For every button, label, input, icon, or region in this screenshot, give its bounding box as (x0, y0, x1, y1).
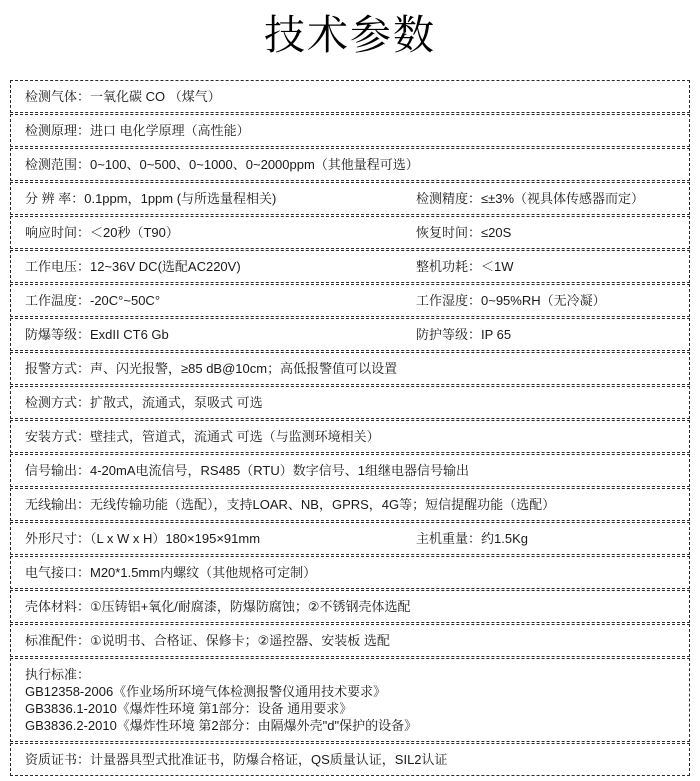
spec-text-left: 分 辨 率：0.1ppm，1ppm (与所选量程相关) (25, 190, 416, 207)
spec-text: 壳体材料：①压铸铝+氧化/耐腐漆，防爆防腐蚀；②不锈钢壳体选配 (25, 599, 411, 614)
spec-text: 安装方式：壁挂式，管道式，流通式 可选（与监测环境相关） (25, 429, 380, 444)
spec-text: 检测气体：一氧化碳 CO （煤气） (25, 89, 221, 104)
spec-row: 响应时间：＜20秒（T90）恢复时间：≤20S (10, 216, 690, 249)
spec-text: 报警方式：声、闪光报警，≥85 dB@10cm；高低报警值可以设置 (25, 361, 397, 376)
spec-text-line: GB3836.1-2010《爆炸性环境 第1部分：设备 通用要求》 (25, 700, 675, 717)
spec-text-right: 恢复时间：≤20S (416, 224, 675, 241)
spec-row: 报警方式：声、闪光报警，≥85 dB@10cm；高低报警值可以设置 (10, 352, 690, 385)
spec-row: 外形尺寸：（L x W x H）180×195×91mm主机重量：约1.5Kg (10, 522, 690, 555)
spec-row: 检测气体：一氧化碳 CO （煤气） (10, 80, 690, 113)
page-title: 技术参数 (0, 0, 700, 71)
spec-text-left: 工作电压：12~36V DC(选配AC220V) (25, 258, 416, 275)
spec-text: 电气接口：M20*1.5mm内螺纹（其他规格可定制） (25, 565, 316, 580)
spec-text-line: 执行标准： (25, 666, 675, 683)
spec-row: 安装方式：壁挂式，管道式，流通式 可选（与监测环境相关） (10, 420, 690, 453)
spec-text: 检测方式：扩散式，流通式，泵吸式 可选 (25, 395, 263, 410)
spec-text: 资质证书：计量器具型式批准证书，防爆合格证，QS质量认证，SIL2认证 (25, 752, 448, 767)
spec-row: 标准配件：①说明书、合格证、保修卡；②遥控器、安装板 选配 (10, 624, 690, 657)
spec-text-right: 检测精度：≤±3%（视具体传感器而定） (416, 190, 675, 207)
spec-row: 检测方式：扩散式，流通式，泵吸式 可选 (10, 386, 690, 419)
spec-text: 信号输出：4-20mA电流信号，RS485（RTU）数字信号、1组继电器信号输出 (25, 463, 469, 478)
spec-text: 无线输出：无线传输功能（选配），支持LOAR、NB，GPRS，4G等；短信提醒功… (25, 497, 555, 512)
spec-row: 电气接口：M20*1.5mm内螺纹（其他规格可定制） (10, 556, 690, 589)
spec-row: 信号输出：4-20mA电流信号，RS485（RTU）数字信号、1组继电器信号输出 (10, 454, 690, 487)
spec-row: 分 辨 率：0.1ppm，1ppm (与所选量程相关)检测精度：≤±3%（视具体… (10, 182, 690, 215)
spec-text-right: 工作湿度：0~95%RH（无冷凝） (416, 292, 675, 309)
spec-text-left: 工作温度：-20C°~50C° (25, 292, 416, 309)
spec-text: 检测原理：进口 电化学原理（高性能） (25, 123, 250, 138)
spec-row: 壳体材料：①压铸铝+氧化/耐腐漆，防爆防腐蚀；②不锈钢壳体选配 (10, 590, 690, 623)
spec-row: 工作温度：-20C°~50C°工作湿度：0~95%RH（无冷凝） (10, 284, 690, 317)
spec-text: 检测范围：0~100、0~500、0~1000、0~2000ppm（其他量程可选… (25, 157, 419, 172)
spec-sheet-page: 技术参数 检测气体：一氧化碳 CO （煤气）检测原理：进口 电化学原理（高性能）… (0, 0, 700, 781)
spec-text-right: 整机功耗：＜1W (416, 258, 675, 275)
spec-row: 资质证书：计量器具型式批准证书，防爆合格证，QS质量认证，SIL2认证 (10, 743, 690, 776)
spec-text-line: GB3836.2-2010《爆炸性环境 第2部分：由隔爆外壳"d"保护的设备》 (25, 717, 675, 734)
spec-text-left: 外形尺寸：（L x W x H）180×195×91mm (25, 530, 416, 547)
spec-row: 检测范围：0~100、0~500、0~1000、0~2000ppm（其他量程可选… (10, 148, 690, 181)
spec-text-right: 防护等级：IP 65 (416, 326, 675, 343)
spec-row: 工作电压：12~36V DC(选配AC220V)整机功耗：＜1W (10, 250, 690, 283)
spec-row: 防爆等级：ExdII CT6 Gb防护等级：IP 65 (10, 318, 690, 351)
spec-table: 检测气体：一氧化碳 CO （煤气）检测原理：进口 电化学原理（高性能）检测范围：… (10, 80, 690, 776)
spec-text: 标准配件：①说明书、合格证、保修卡；②遥控器、安装板 选配 (25, 633, 390, 648)
spec-row: 执行标准：GB12358-2006《作业场所环境气体检测报警仪通用技术要求》GB… (10, 658, 690, 742)
spec-text-right: 主机重量：约1.5Kg (416, 530, 675, 547)
spec-text-left: 防爆等级：ExdII CT6 Gb (25, 326, 416, 343)
spec-row: 无线输出：无线传输功能（选配），支持LOAR、NB，GPRS，4G等；短信提醒功… (10, 488, 690, 521)
spec-text-line: GB12358-2006《作业场所环境气体检测报警仪通用技术要求》 (25, 683, 675, 700)
spec-row: 检测原理：进口 电化学原理（高性能） (10, 114, 690, 147)
spec-text-left: 响应时间：＜20秒（T90） (25, 224, 416, 241)
